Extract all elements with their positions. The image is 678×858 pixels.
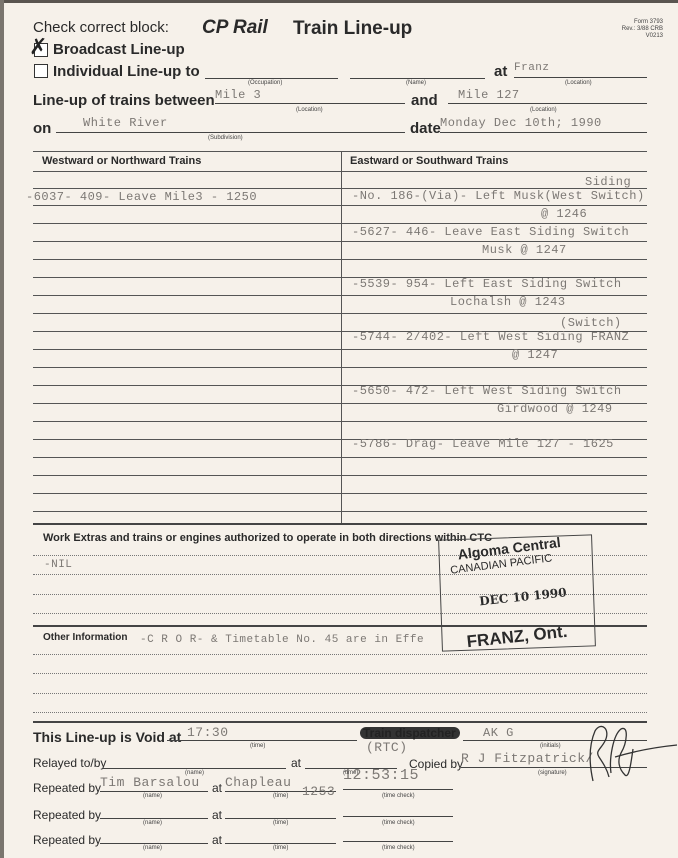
eastward-entry-note: (Switch) (560, 316, 622, 330)
ruled-line (33, 421, 647, 422)
signature-caption: (signature) (538, 770, 567, 776)
repeated-time-caption: (time) (273, 845, 288, 851)
date-value: Monday Dec 10th; 1990 (440, 116, 602, 130)
eastward-entry: -5786- Drag- Leave Mile 127 - 1625 (352, 437, 614, 451)
relayed-at-label: at (291, 756, 301, 770)
form-revision: Rev.: 3/88 CRB (622, 26, 663, 33)
occupation-field[interactable] (205, 66, 338, 79)
repeated-name-field[interactable] (100, 827, 208, 844)
repeated-at-label: at (212, 781, 222, 795)
repeated-time-field[interactable] (225, 802, 336, 819)
time-check-field[interactable] (343, 819, 453, 842)
signature-icon (585, 723, 678, 785)
eastward-entry-time: @ 1247 (512, 348, 558, 362)
date-label: date (410, 120, 441, 137)
name-caption: (Name) (406, 80, 426, 86)
ruled-line (33, 223, 647, 224)
relayed-name-field[interactable] (102, 756, 286, 769)
repeated-name-caption: (name) (143, 845, 162, 851)
copied-by-value: R J Fitzpatrick/ (461, 751, 594, 766)
form-info: Form 3793 Rev.: 3/88 CRB V0213 (622, 19, 663, 40)
to-location-caption: (Location) (530, 107, 557, 113)
on-label: on (33, 120, 51, 137)
eastward-entry: -5650- 472- Left West Siding Switch (352, 384, 622, 398)
from-location-caption: (Location) (296, 107, 323, 113)
other-info-value[interactable]: -C R O R- & Timetable No. 45 are in Effe (140, 634, 424, 646)
eastward-entry-time: Musk @ 1247 (482, 243, 567, 257)
eastward-entry-time: Lochalsh @ 1243 (450, 295, 566, 309)
repeated-name-caption: (name) (143, 820, 162, 826)
eastward-entry: -5744- 2/402- Left West Siding FRANZ (352, 330, 629, 344)
section-divider (33, 721, 647, 723)
eastward-entry-time: Girdwood @ 1249 (497, 402, 613, 416)
from-location-value: Mile 3 (215, 88, 261, 102)
check-mark-icon: ✗ (29, 34, 47, 60)
date-field[interactable]: Monday Dec 10th; 1990 (440, 116, 647, 133)
ruled-line (33, 493, 647, 494)
dotted-line (33, 693, 647, 694)
eastward-entry-time: @ 1246 (541, 207, 587, 221)
repeated-time-field[interactable] (225, 827, 336, 844)
table-top-border (33, 151, 647, 152)
dispatcher-label: Train dispatcher (363, 726, 456, 740)
table-header-border (33, 171, 647, 172)
table-bottom-border (33, 523, 647, 525)
page-top-edge (0, 0, 678, 3)
repeated-at-label: at (212, 833, 222, 847)
ruled-line (33, 475, 647, 476)
page-title: Train Line-up (293, 18, 412, 40)
void-time-caption: (time) (250, 743, 265, 749)
occupation-caption: (Occupation) (248, 80, 282, 86)
repeated-at-label: at (212, 808, 222, 822)
subdivision-field[interactable]: White River (56, 116, 405, 133)
stamp-place: FRANZ, Ont. (466, 622, 569, 652)
ruled-line (33, 457, 647, 458)
at-label: at (494, 63, 507, 80)
dotted-line (33, 654, 647, 655)
repeated-name-caption: (name) (143, 793, 162, 799)
repeated-by-label: Repeated by (33, 781, 101, 795)
eastward-entry: -5539- 954- Left East Siding Switch (352, 277, 622, 291)
and-label: and (411, 92, 438, 109)
subdivision-value: White River (56, 116, 168, 130)
eastward-entry: -5627- 446- Leave East Siding Switch (352, 225, 629, 239)
other-info-label: Other Information (43, 632, 127, 643)
individual-checkbox[interactable] (34, 64, 48, 78)
repeated-name-field[interactable]: Tim Barsalou (100, 775, 208, 792)
form-number: Form 3793 (622, 19, 663, 26)
work-extras-label: Work Extras and trains or engines author… (43, 532, 492, 544)
repeated-time-extra: 1253 (302, 784, 335, 799)
between-label: Line-up of trains between (33, 92, 215, 109)
time-check-field[interactable]: 12:53:15 (343, 767, 453, 790)
eastward-entry-note: Siding (585, 175, 631, 189)
ruled-line (33, 511, 647, 512)
to-location-value: Mile 127 (448, 88, 520, 102)
dotted-line (33, 712, 647, 713)
brand-logo: CP Rail (202, 17, 268, 39)
time-check-field[interactable] (343, 794, 453, 817)
column-divider (341, 151, 342, 523)
eastward-heading: Eastward or Southward Trains (350, 155, 508, 167)
void-time-value: 17:30 (167, 725, 229, 740)
location-value: Franz (514, 62, 550, 74)
from-location-field[interactable]: Mile 3 (215, 88, 405, 104)
office-stamp: Algoma Central CANADIAN PACIFIC DEC 10 1… (438, 534, 596, 651)
repeated-time-caption: (time) (273, 820, 288, 826)
to-location-field[interactable]: Mile 127 (448, 88, 647, 104)
dotted-line (33, 673, 647, 674)
repeated-by-label: Repeated by (33, 808, 101, 822)
individual-label: Individual Line-up to (53, 63, 200, 80)
initials-caption: (initials) (540, 743, 561, 749)
work-extras-value[interactable]: -NIL (44, 559, 72, 571)
location-field[interactable]: Franz (514, 62, 647, 78)
page-left-edge (0, 0, 4, 858)
broadcast-label: Broadcast Line-up (53, 41, 185, 58)
initials-value: AK G (463, 726, 514, 740)
relayed-label: Relayed to/by (33, 756, 106, 770)
westward-entry: -6037- 409- Leave Mile3 - 1250 (26, 190, 257, 204)
check-block-label: Check correct block: (33, 19, 169, 36)
dispatcher-note: (RTC) (366, 740, 408, 755)
ruled-line (33, 205, 647, 206)
name-field[interactable] (350, 66, 485, 79)
eastward-entry: -No. 186-(Via)- Left Musk(West Switch) (352, 189, 645, 203)
void-label: This Line-up is Void at (33, 729, 181, 745)
repeated-by-label: Repeated by (33, 833, 101, 847)
ruled-line (33, 367, 647, 368)
form-code: V0213 (622, 33, 663, 40)
ruled-line (33, 313, 647, 314)
repeated-name-field[interactable] (100, 802, 208, 819)
ruled-line (33, 259, 647, 260)
subdivision-caption: (Subdivision) (208, 135, 243, 141)
time-check-caption: (time check) (382, 845, 415, 851)
westward-heading: Westward or Northward Trains (42, 155, 201, 167)
repeated-time-caption: (time) (273, 793, 288, 799)
ruled-line (33, 241, 647, 242)
void-time-field[interactable]: 17:30 (167, 725, 357, 741)
stamp-date: DEC 10 1990 (479, 585, 568, 608)
location-caption: (Location) (565, 80, 592, 86)
